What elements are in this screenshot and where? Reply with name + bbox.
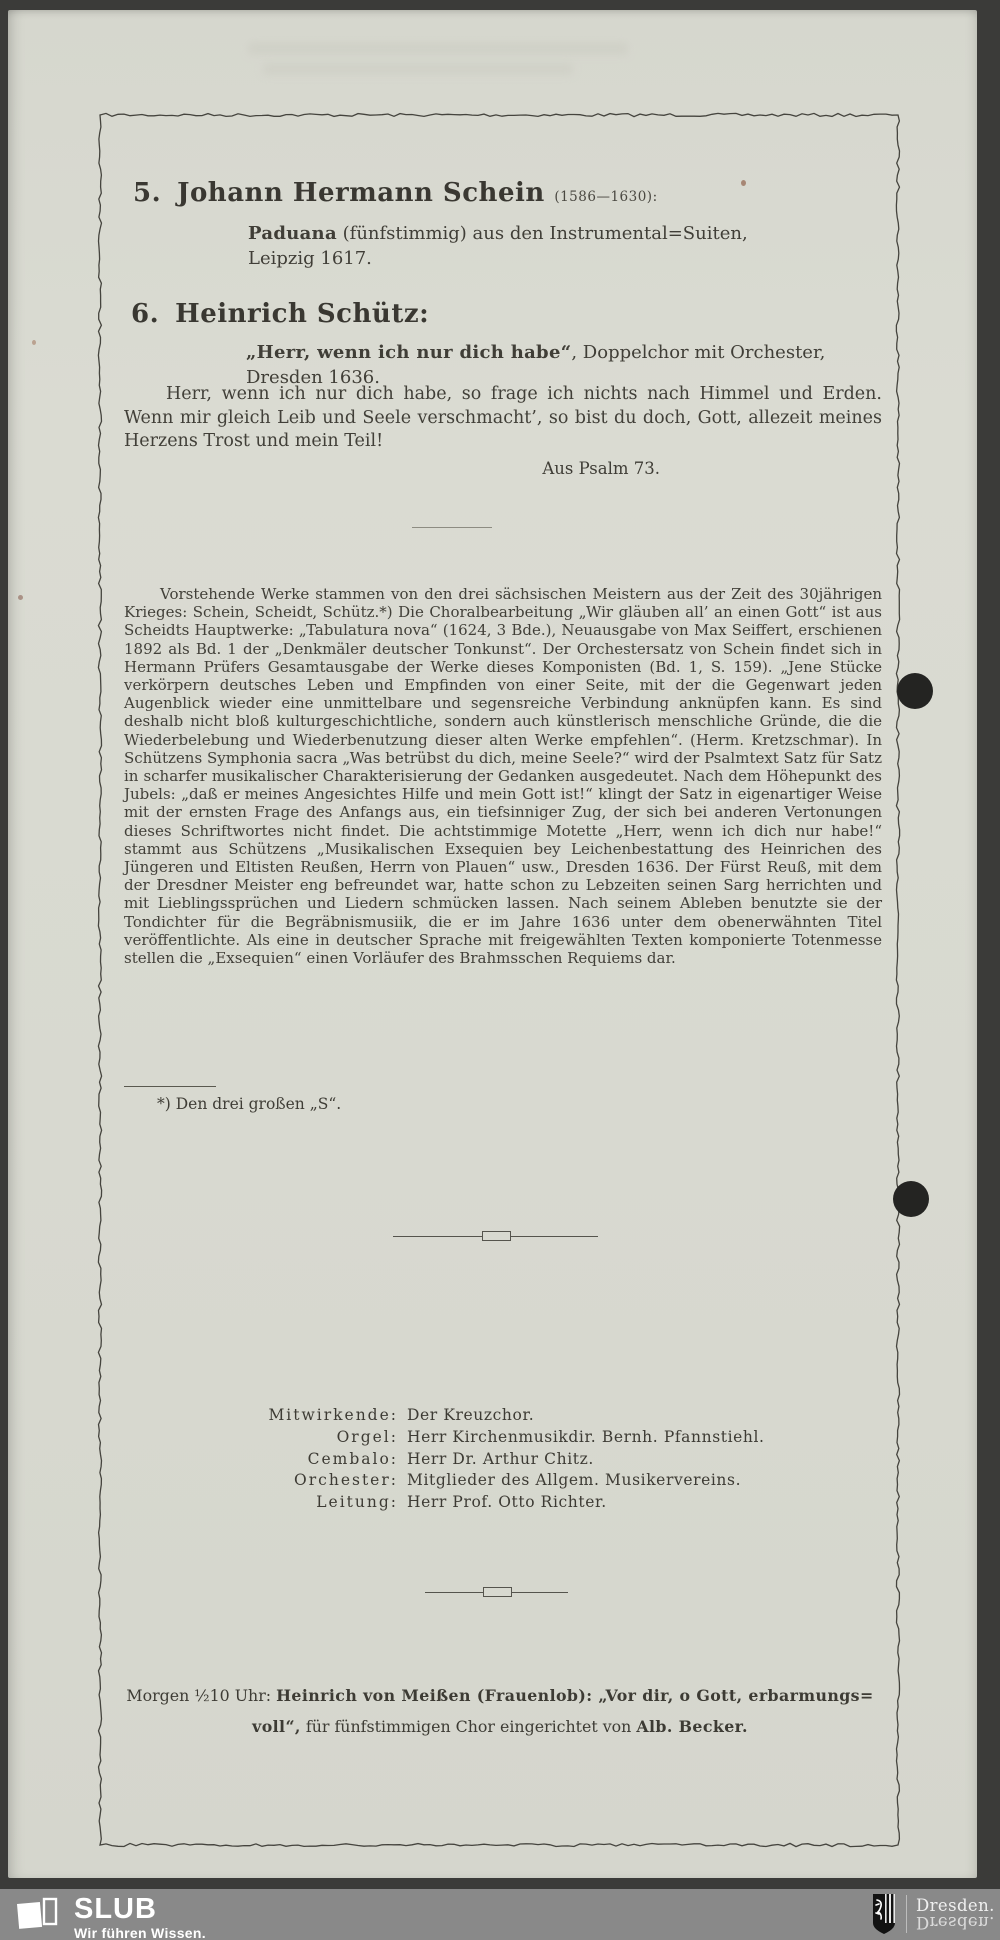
announcement-work-quote-cont: voll“,	[252, 1717, 301, 1736]
performer-row: Cembalo: Herr Dr. Arthur Chitz.	[124, 1449, 765, 1471]
performer-role: Orchester:	[124, 1470, 398, 1492]
composer-dates: (1586—1630):	[554, 189, 657, 205]
slub-logo: SLUB Wir führen Wissen.	[14, 1895, 206, 1940]
program-notes-paragraph: Vorstehende Werke stammen von den drei s…	[124, 585, 882, 967]
punch-hole	[893, 1181, 929, 1217]
bleed-through-smudge	[248, 42, 628, 55]
section-rule	[412, 527, 492, 528]
performer-row: Leitung: Herr Prof. Otto Richter.	[124, 1492, 765, 1514]
work-description: , Doppelchor mit Orchester,	[571, 342, 825, 363]
footnote-text: *) Den drei großen „S“.	[157, 1095, 341, 1113]
performer-row: Mitwirkende: Der Kreuzchor.	[124, 1405, 765, 1427]
announcement-arranger: Alb. Becker.	[636, 1717, 748, 1736]
slub-wordmark: SLUB Wir führen Wissen.	[74, 1895, 206, 1940]
next-concert-announcement: Morgen ½10 Uhr: Heinrich von Meißen (Fra…	[100, 1680, 900, 1742]
performer-row: Orgel: Herr Kirchenmusikdir. Bernh. Pfan…	[124, 1427, 765, 1449]
foxing-speck	[741, 180, 746, 186]
dresden-logo: Dresden. Dresden.	[872, 1893, 995, 1935]
composer-name: Heinrich Schütz:	[175, 299, 429, 329]
performer-role: Orgel:	[124, 1427, 398, 1449]
slub-tagline: Wir führen Wissen.	[74, 1925, 206, 1940]
performers-list: Mitwirkende: Der Kreuzchor. Orgel: Herr …	[124, 1405, 765, 1514]
performer-role: Cembalo:	[124, 1449, 398, 1471]
open-book-icon	[14, 1895, 60, 1933]
psalm-source: Aus Psalm 73.	[0, 459, 660, 478]
announcement-time: Morgen ½10 Uhr:	[126, 1686, 276, 1705]
dresden-coat-of-arms-icon	[872, 1893, 896, 1935]
program-item-6-heading: 6.Heinrich Schütz:	[131, 299, 429, 329]
foxing-speck	[18, 595, 23, 600]
program-item-5-work: Paduana (fünfstimmig) aus den Instrument…	[248, 221, 860, 271]
performer-name: Der Kreuzchor.	[407, 1405, 534, 1427]
digitized-document-page: { "page": { "background": "#3b3b39", "pa…	[0, 0, 1000, 1940]
work-description: (fünfstimmig) aus den Instrumental=Suite…	[337, 223, 748, 244]
announcement-work-quote: „Vor dir, o Gott, erbarmungs=	[598, 1686, 873, 1705]
performer-name: Herr Kirchenmusikdir. Bernh. Pfannstiehl…	[407, 1427, 765, 1449]
announcement-composer: Heinrich von Meißen	[276, 1686, 471, 1705]
performer-name: Herr Prof. Otto Richter.	[407, 1492, 607, 1514]
bleed-through-smudge	[263, 63, 573, 75]
dresden-name-mirrored: Dresden.	[916, 1914, 995, 1931]
performer-row: Orchester: Mitglieder des Allgem. Musike…	[124, 1470, 765, 1492]
performer-role: Mitwirkende:	[124, 1405, 398, 1427]
footnote-rule	[124, 1086, 216, 1087]
performer-role: Leitung:	[124, 1492, 398, 1514]
composer-name: Johann Hermann Schein	[177, 178, 545, 208]
performer-name: Mitglieder des Allgem. Musikervereins.	[407, 1470, 741, 1492]
foxing-speck	[32, 340, 36, 345]
dresden-wordmark: Dresden. Dresden.	[916, 1897, 995, 1931]
slub-name: SLUB	[74, 1895, 206, 1923]
punch-hole	[897, 673, 933, 709]
item-number: 6.	[131, 299, 159, 329]
item-number: 5.	[133, 178, 161, 208]
psalm-quote: Herr, wenn ich nur dich habe, so frage i…	[124, 383, 882, 454]
announcement-epithet: (Frauenlob):	[471, 1686, 598, 1705]
program-item-5-heading: 5.Johann Hermann Schein (1586—1630):	[133, 178, 658, 208]
dresden-name: Dresden.	[916, 1897, 995, 1914]
work-place-year: Leipzig 1617.	[248, 248, 372, 269]
divider-ornament	[482, 1231, 511, 1241]
logo-separator	[906, 1895, 907, 1933]
work-title: „Herr, wenn ich nur dich habe“	[246, 342, 571, 363]
announcement-arrangement: für fünfstimmigen Chor eingerichtet von	[301, 1717, 637, 1736]
divider-ornament	[483, 1587, 512, 1597]
performer-name: Herr Dr. Arthur Chitz.	[407, 1449, 594, 1471]
work-title: Paduana	[248, 223, 337, 244]
